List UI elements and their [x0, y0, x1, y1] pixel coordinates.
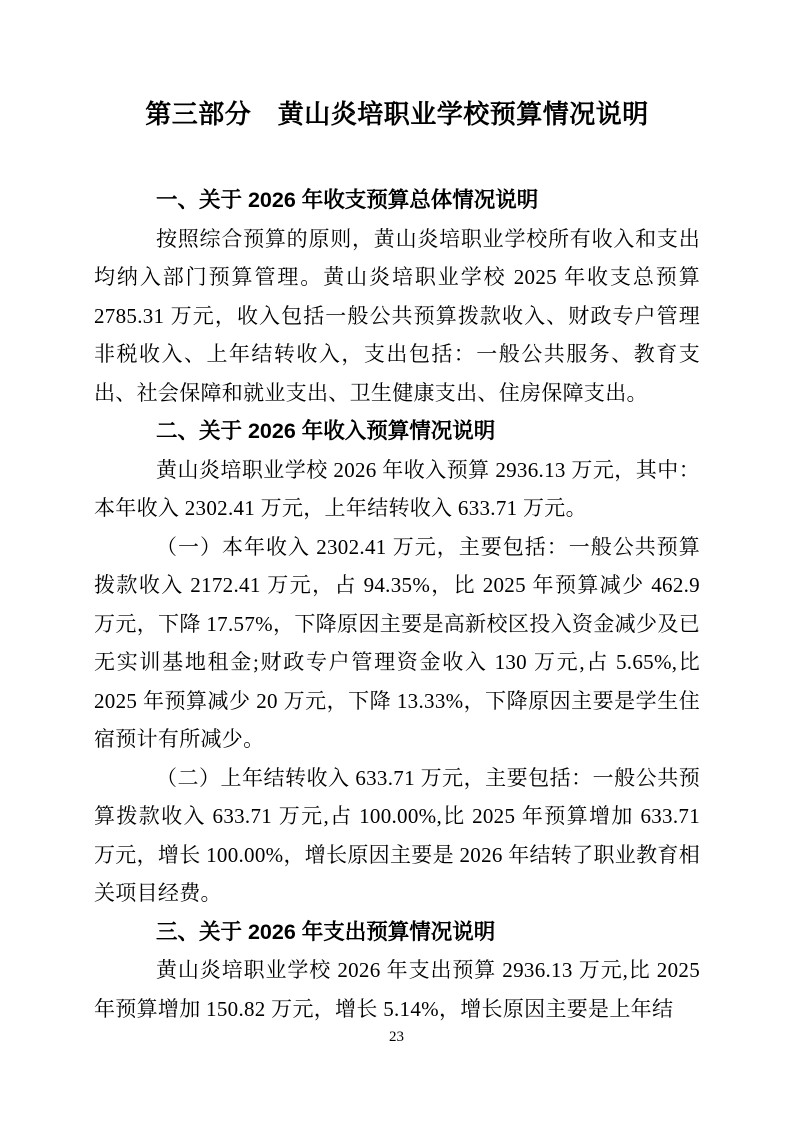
section-3-paragraph-1: 黄山炎培职业学校 2026 年支出预算 2936.13 万元,比 2025 年预… [94, 951, 700, 1028]
section-heading-3: 三、关于 2026 年支出预算情况说明 [94, 913, 700, 952]
document-title: 第三部分 黄山炎培职业学校预算情况说明 [94, 96, 700, 132]
document-body: 一、关于 2026 年收支预算总体情况说明 按照综合预算的原则，黄山炎培职业学校… [94, 181, 700, 1028]
section-2-paragraph-3: （二）上年结转收入 633.71 万元，主要包括：一般公共预算拨款收入 633.… [94, 759, 700, 913]
page-number: 23 [0, 1027, 793, 1047]
section-heading-1: 一、关于 2026 年收支预算总体情况说明 [94, 181, 700, 220]
document-page: 第三部分 黄山炎培职业学校预算情况说明 一、关于 2026 年收支预算总体情况说… [0, 0, 793, 1122]
section-1-paragraph-1: 按照综合预算的原则，黄山炎培职业学校所有收入和支出均纳入部门预算管理。黄山炎培职… [94, 220, 700, 413]
section-heading-2: 二、关于 2026 年收入预算情况说明 [94, 412, 700, 451]
section-2-paragraph-1: 黄山炎培职业学校 2026 年收入预算 2936.13 万元，其中：本年收入 2… [94, 451, 700, 528]
section-2-paragraph-2: （一）本年收入 2302.41 万元，主要包括：一般公共预算拨款收入 2172.… [94, 528, 700, 759]
